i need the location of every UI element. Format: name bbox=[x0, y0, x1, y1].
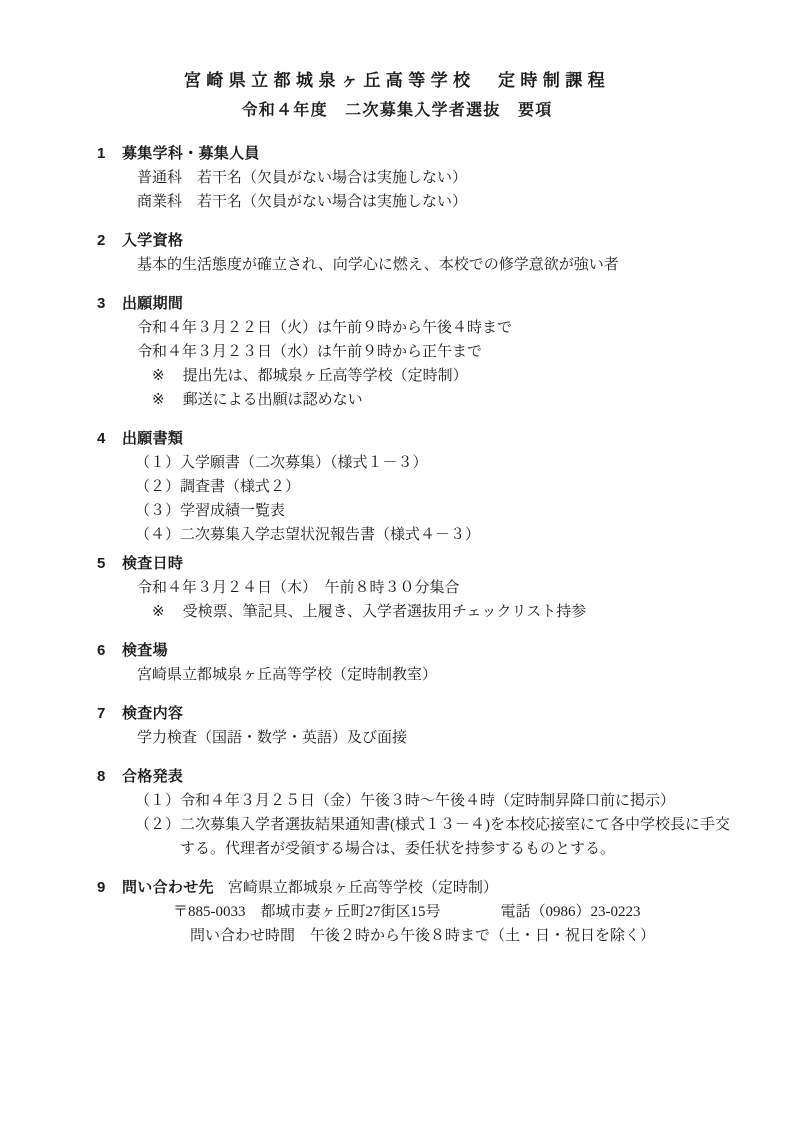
section-4-heading: 4出願書類 bbox=[97, 427, 744, 451]
section-9-heading: 9問い合わせ先宮崎県立都城泉ヶ丘高等学校（定時制） bbox=[97, 876, 744, 900]
section-7-number: 7 bbox=[97, 702, 122, 726]
reference-mark: ※ bbox=[152, 388, 165, 412]
section-5-line-1: 令和４年３月２４日（木） 午前８時３０分集合 bbox=[137, 576, 744, 600]
section-2: 2入学資格 基本的生活態度が確立され、向学心に燃え、本校での修学意欲が強い者 bbox=[97, 229, 744, 277]
section-3-line-1: 令和４年３月２２日（火）は午前９時から午後４時まで bbox=[137, 316, 744, 340]
section-5: 5検査日時 令和４年３月２４日（木） 午前８時３０分集合 ※受検票、筆記具、上履… bbox=[97, 552, 744, 624]
section-4-item-4: （４）二次募集入学志望状況報告書（様式４－３） bbox=[135, 523, 744, 547]
section-4-title: 出願書類 bbox=[122, 430, 183, 447]
section-3-heading: 3出願期間 bbox=[97, 292, 744, 316]
section-3-note-2: ※郵送による出願は認めない bbox=[152, 388, 744, 412]
title-line-1: 宮崎県立都城泉ヶ丘高等学校 定時制課程 bbox=[0, 68, 794, 94]
section-9-heading-suffix: 宮崎県立都城泉ヶ丘高等学校（定時制） bbox=[228, 880, 498, 896]
title-line-2: 令和４年度 二次募集入学者選抜 要項 bbox=[0, 98, 794, 124]
section-4-item-2: （２）調査書（様式２） bbox=[135, 475, 744, 499]
section-6-heading: 6検査場 bbox=[97, 639, 744, 663]
section-8: 8合格発表 （１）令和４年３月２５日（金）午後３時～午後４時（定時制昇降口前に掲… bbox=[97, 765, 744, 861]
section-7-title: 検査内容 bbox=[122, 705, 183, 722]
section-6-number: 6 bbox=[97, 639, 122, 663]
section-5-note-1: ※受検票、筆記具、上履き、入学者選抜用チェックリスト持参 bbox=[152, 600, 744, 624]
section-6-title: 検査場 bbox=[122, 642, 168, 659]
section-3-line-2: 令和４年３月２３日（水）は午前９時から正午まで bbox=[137, 340, 744, 364]
section-9-number: 9 bbox=[97, 876, 122, 900]
section-7-line-1: 学力検査（国語・数学・英語）及び面接 bbox=[137, 726, 744, 750]
section-4-number: 4 bbox=[97, 427, 122, 451]
section-5-title: 検査日時 bbox=[122, 555, 183, 572]
section-1-line-2: 商業科 若干名（欠員がない場合は実施しない） bbox=[137, 190, 744, 214]
section-5-number: 5 bbox=[97, 552, 122, 576]
document-title: 宮崎県立都城泉ヶ丘高等学校 定時制課程 令和４年度 二次募集入学者選抜 要項 bbox=[0, 68, 794, 124]
section-3-note-1-text: 提出先は、都城泉ヶ丘高等学校（定時制） bbox=[183, 368, 468, 384]
section-9: 9問い合わせ先宮崎県立都城泉ヶ丘高等学校（定時制） 〒885-0033 都城市妻… bbox=[97, 876, 744, 948]
section-8-heading: 8合格発表 bbox=[97, 765, 744, 789]
section-2-number: 2 bbox=[97, 229, 122, 253]
section-5-heading: 5検査日時 bbox=[97, 552, 744, 576]
section-4-item-3: （３）学習成績一覧表 bbox=[135, 499, 744, 523]
reference-mark: ※ bbox=[152, 600, 165, 624]
contact-address-line: 〒885-0033 都城市妻ヶ丘町27街区15号 電話（0986）23-0223 bbox=[173, 900, 744, 924]
section-1: 1募集学科・募集人員 普通科 若干名（欠員がない場合は実施しない） 商業科 若干… bbox=[97, 142, 744, 214]
section-3-title: 出願期間 bbox=[122, 295, 183, 312]
section-7: 7検査内容 学力検査（国語・数学・英語）及び面接 bbox=[97, 702, 744, 750]
section-2-heading: 2入学資格 bbox=[97, 229, 744, 253]
section-5-note-1-text: 受検票、筆記具、上履き、入学者選抜用チェックリスト持参 bbox=[183, 604, 587, 620]
section-8-item-2: （２）二次募集入学者選抜結果通知書(様式１３－４)を本校応接室にて各中学校長に手… bbox=[135, 813, 744, 837]
section-6: 6検査場 宮崎県立都城泉ヶ丘高等学校（定時制教室） bbox=[97, 639, 744, 687]
section-8-number: 8 bbox=[97, 765, 122, 789]
contact-hours-line: 問い合わせ時間 午後２時から午後８時まで（土・日・祝日を除く） bbox=[190, 924, 744, 948]
section-4: 4出願書類 （１）入学願書（二次募集）（様式１－３） （２）調査書（様式２） （… bbox=[97, 427, 744, 547]
reference-mark: ※ bbox=[152, 364, 165, 388]
section-3: 3出願期間 令和４年３月２２日（火）は午前９時から午後４時まで 令和４年３月２３… bbox=[97, 292, 744, 412]
section-3-note-2-text: 郵送による出願は認めない bbox=[183, 392, 363, 408]
section-6-line-1: 宮崎県立都城泉ヶ丘高等学校（定時制教室） bbox=[137, 663, 744, 687]
section-8-item-2-continuation: する。代理者が受領する場合は、委任状を持参するものとする。 bbox=[180, 837, 744, 861]
section-1-title: 募集学科・募集人員 bbox=[122, 145, 260, 162]
section-3-number: 3 bbox=[97, 292, 122, 316]
section-1-line-1: 普通科 若干名（欠員がない場合は実施しない） bbox=[137, 166, 744, 190]
section-1-heading: 1募集学科・募集人員 bbox=[97, 142, 744, 166]
section-9-title: 問い合わせ先 bbox=[122, 879, 214, 896]
section-2-title: 入学資格 bbox=[122, 232, 183, 249]
document-page: 宮崎県立都城泉ヶ丘高等学校 定時制課程 令和４年度 二次募集入学者選抜 要項 1… bbox=[0, 0, 794, 1123]
section-1-number: 1 bbox=[97, 142, 122, 166]
section-2-line-1: 基本的生活態度が確立され、向学心に燃え、本校での修学意欲が強い者 bbox=[137, 253, 744, 277]
section-8-item-1: （１）令和４年３月２５日（金）午後３時～午後４時（定時制昇降口前に掲示） bbox=[135, 789, 744, 813]
section-4-item-1: （１）入学願書（二次募集）（様式１－３） bbox=[135, 451, 744, 475]
section-3-note-1: ※提出先は、都城泉ヶ丘高等学校（定時制） bbox=[152, 364, 744, 388]
section-8-title: 合格発表 bbox=[122, 768, 183, 785]
section-7-heading: 7検査内容 bbox=[97, 702, 744, 726]
